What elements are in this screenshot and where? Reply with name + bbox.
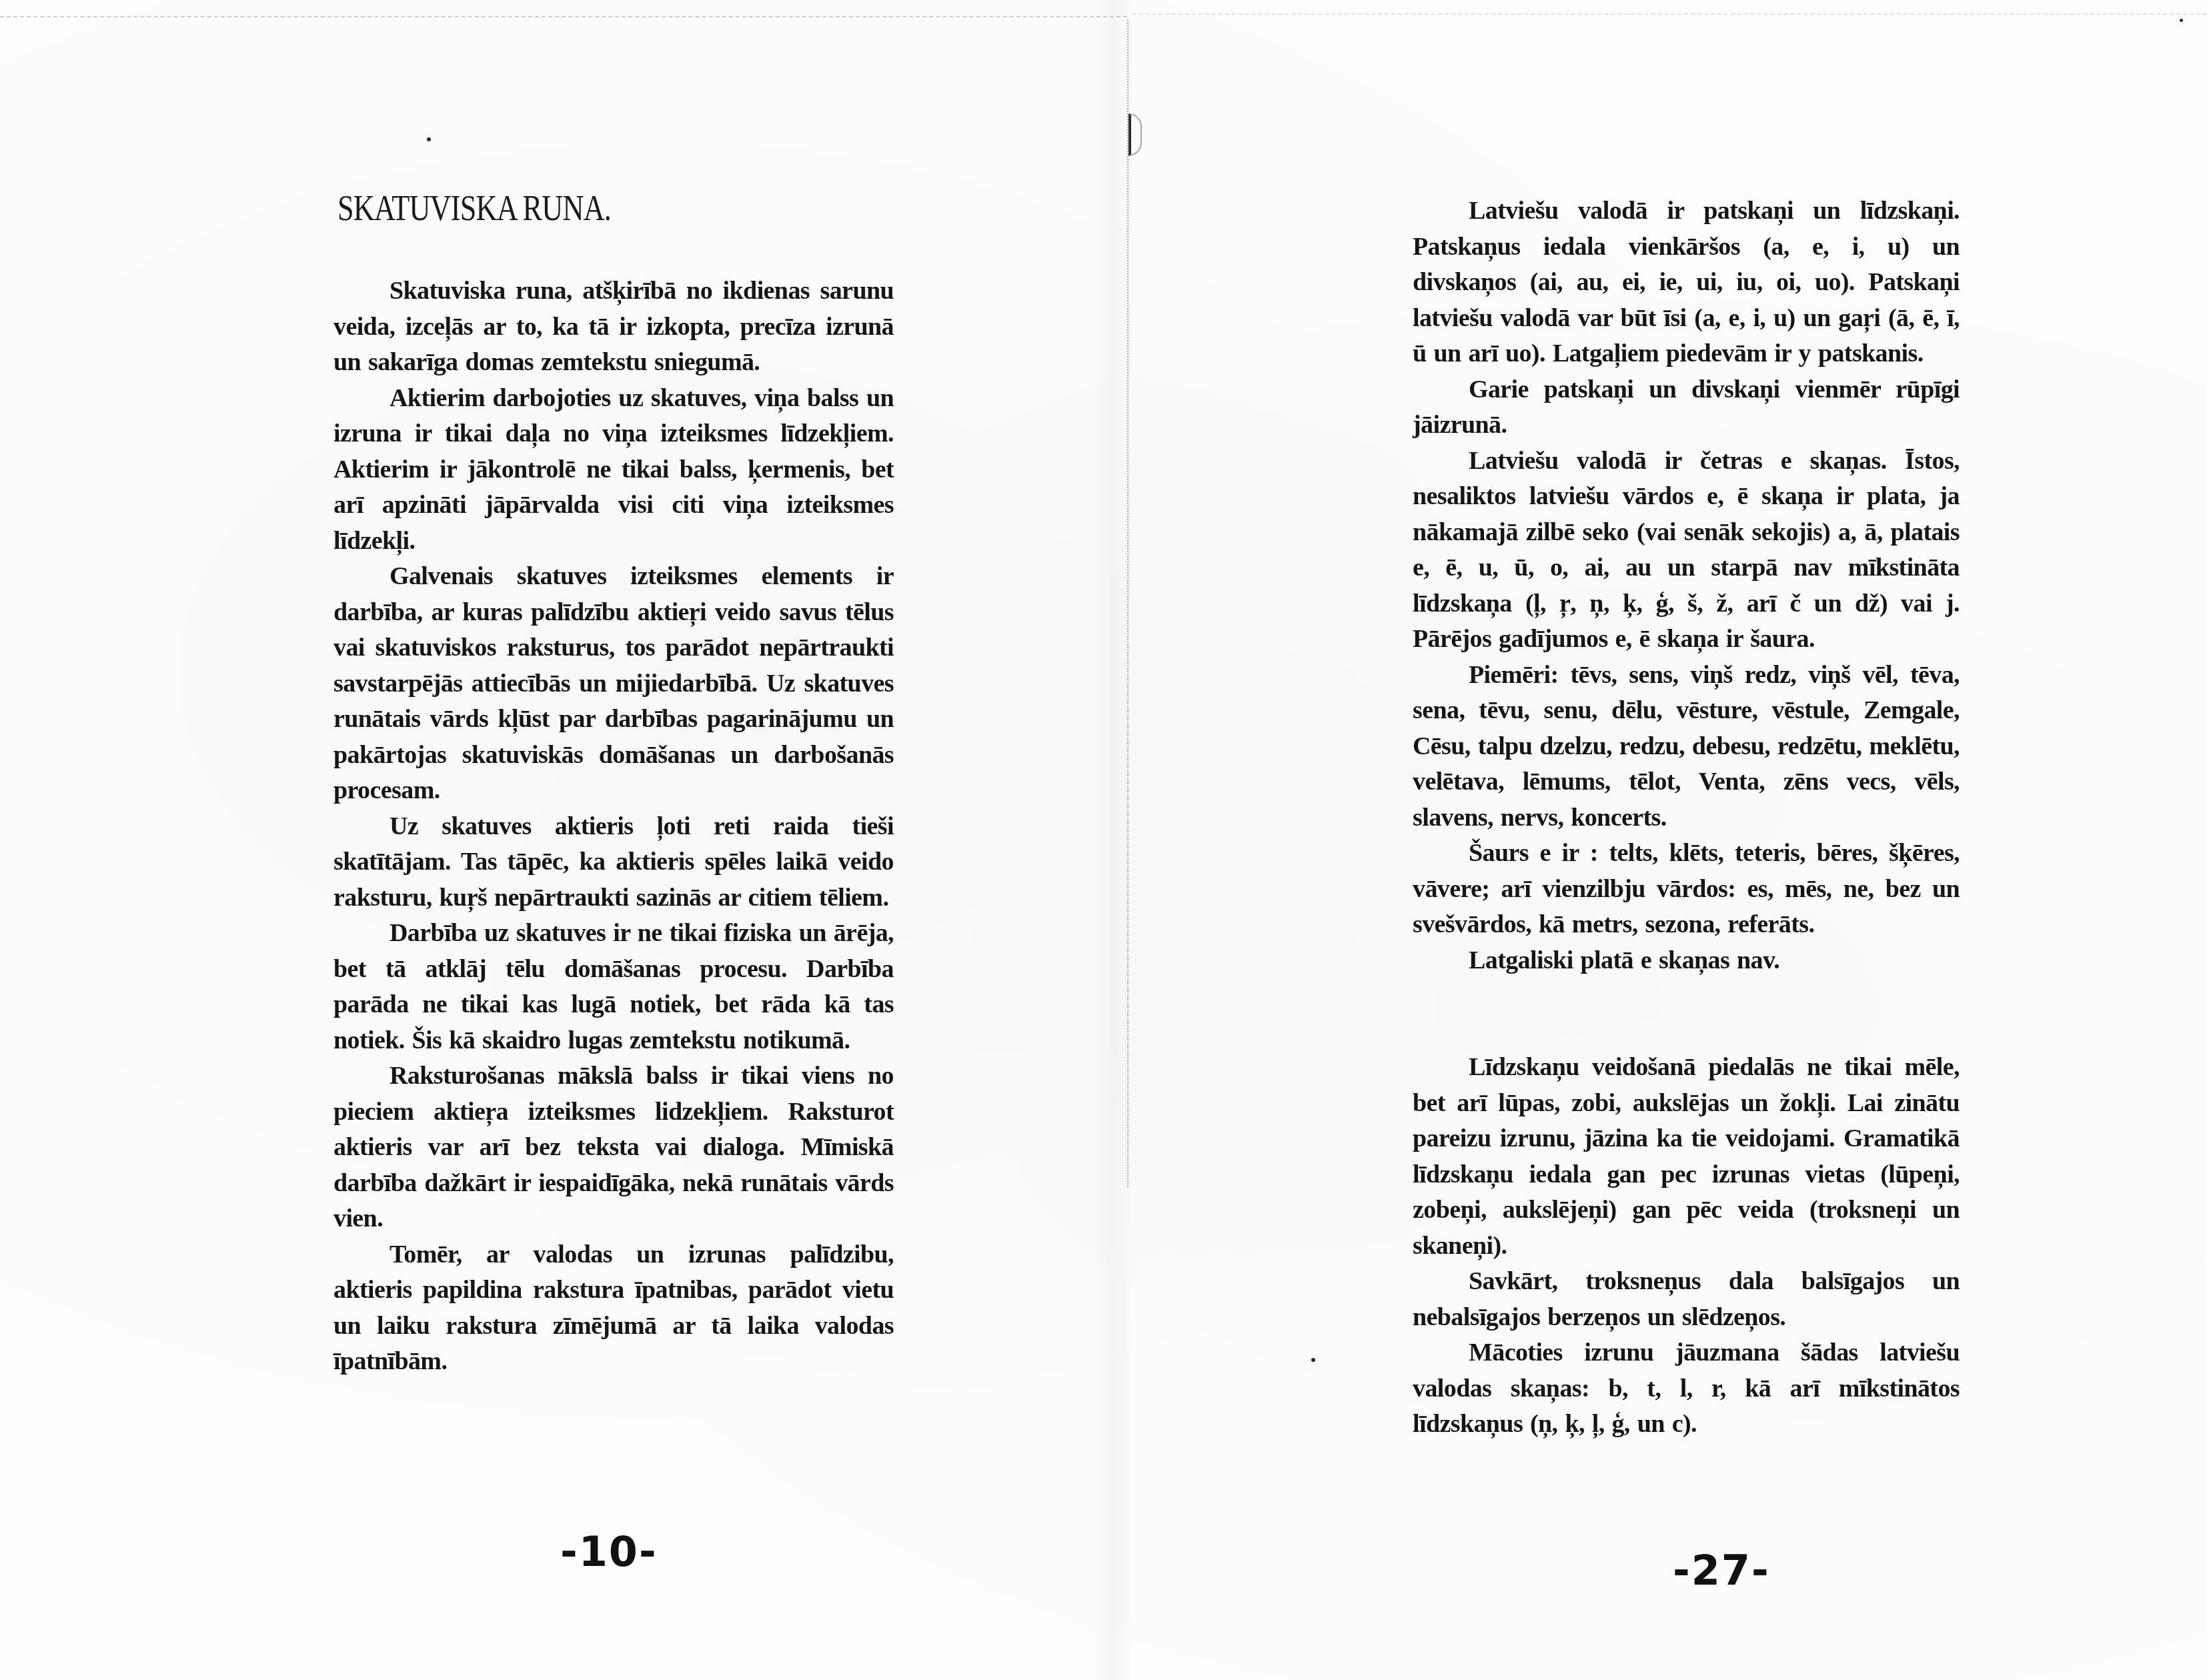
scan-speck — [1311, 1358, 1315, 1362]
paragraph: Latviešu valodā ir patskaņi un līdzskaņi… — [1413, 193, 1960, 372]
paragraph-gap — [1413, 978, 1960, 1050]
staple-mark-icon — [1129, 113, 1142, 156]
paragraph: Raksturošanas mākslā balss ir tikai vien… — [333, 1058, 894, 1237]
right-page-body: Latviešu valodā ir patskaņi un līdzskaņi… — [1413, 193, 1960, 1443]
paragraph: Uz skatuves aktieris ļoti reti raida tie… — [333, 809, 894, 916]
scan-speck — [2180, 19, 2183, 22]
page-top-edge-left — [0, 16, 1127, 17]
paragraph: Tomēr, ar valodas un izrunas palīdzibu, … — [333, 1237, 894, 1380]
paragraph: Garie patskaņi un divskaņi vienmēr rūpīg… — [1413, 372, 1960, 444]
page-top-edge-right — [1132, 13, 2207, 15]
paragraph: Šaurs e ir : telts, klēts, teteris, bēre… — [1413, 836, 1960, 943]
paragraph: Mācoties izrunu jāuzmana šādas latviešu … — [1413, 1335, 1960, 1443]
paragraph: Galvenais skatuves izteiksmes elements i… — [333, 559, 894, 809]
spine-fold-line — [1127, 20, 1129, 1187]
paragraph: Līdzskaņu veidošanā piedalās ne tikai mē… — [1413, 1050, 1960, 1264]
page-number: -27- — [1673, 1546, 1770, 1595]
scan-speck — [427, 137, 431, 141]
section-heading: SKATUVISKA RUNA. — [337, 190, 611, 226]
paragraph: Aktierim darbojoties uz skatuves, viņa b… — [333, 381, 894, 560]
paragraph: Latgaliski platā e skaņas nav. — [1413, 943, 1960, 979]
paragraph: Savkārt, troksneņus dala balsīgajos un n… — [1413, 1264, 1960, 1335]
paragraph: Darbība uz skatuves ir ne tikai fiziska … — [333, 916, 894, 1058]
paragraph: Piemēri: tēvs, sens, viņš redz, viņš vēl… — [1413, 658, 1960, 836]
paragraph: Skatuviska runa, atšķirībā no ikdienas s… — [333, 273, 894, 381]
left-page-body: Skatuviska runa, atšķirībā no ikdienas s… — [333, 273, 894, 1380]
paragraph: Latviešu valodā ir četras e skaņas. Īsto… — [1413, 444, 1960, 658]
page-number: -10- — [560, 1527, 658, 1576]
